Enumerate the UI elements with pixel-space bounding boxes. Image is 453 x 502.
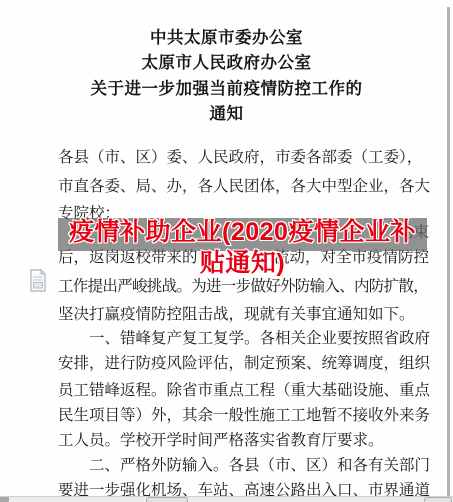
title-line-1: 中共太原市委办公室 xyxy=(0,25,453,50)
scrollbar-corner xyxy=(0,497,9,502)
horizontal-scrollbar-thumb[interactable] xyxy=(424,497,452,502)
article-image-viewer: 中共太原市委办公室 太原市人民政府办公室 关于进一步加强当前疫情防控工作的 通知… xyxy=(0,0,453,502)
caption-title: 疫情补助企业(2020疫情企业补 贴通知) xyxy=(58,217,427,279)
title-line-2: 太原市人民政府办公室 xyxy=(0,50,453,75)
body-line: 员工错峰返程。除省市重点工程（重大基础设施、重点 xyxy=(58,382,429,399)
body-line: 安排，进行防疫风险评估，制定预案、统筹调度，组织 xyxy=(58,355,429,372)
body-line: 工人员。学校开学时间严格落实省教育厅要求。 xyxy=(58,432,429,449)
body-line: 坚决打赢疫情防控阻击战，现就有关事宜通知如下。 xyxy=(58,306,429,323)
body-line: 一、错峰复产复工复学。各相关企业要按照省政府 xyxy=(58,330,429,347)
body-line: 各县（市、区）委、人民政府，市委各部委（工委）， xyxy=(58,149,429,166)
caption-line-2: 贴通知) xyxy=(58,248,427,279)
body-line: 民生项目等）外，其余一般性施工工地暂不接收外来务 xyxy=(58,407,429,424)
caption-line-1: 疫情补助企业(2020疫情企业补 xyxy=(58,217,427,248)
caption-overlay-bar: 疫情补助企业(2020疫情企业补 贴通知) xyxy=(58,218,427,251)
title-line-3: 关于进一步加强当前疫情防控工作的 xyxy=(0,76,453,101)
title-line-4: 通知 xyxy=(0,101,453,126)
body-line: 市直各委、局、办，各人民团体，各大中型企业，各大 xyxy=(58,178,429,195)
document-title: 中共太原市委办公室 太原市人民政府办公室 关于进一步加强当前疫情防控工作的 通知 xyxy=(0,25,453,126)
body-line: 工作提出严峻挑战。为进一步做好外防输入、内防扩散， xyxy=(58,278,429,295)
document-page-icon xyxy=(29,269,47,298)
page-right-border xyxy=(447,7,450,499)
horizontal-scrollbar-thumb[interactable] xyxy=(146,497,188,502)
body-line: 二、严格外防输入。各县（市、区）和各有关部门 xyxy=(58,457,429,474)
horizontal-scrollbar-track[interactable] xyxy=(0,496,453,502)
